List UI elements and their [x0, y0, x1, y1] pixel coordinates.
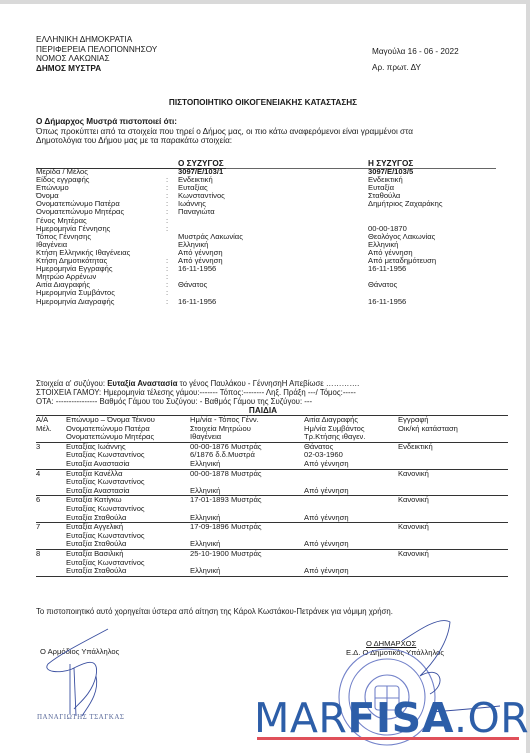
- mayor-label: Ο ΔΗΜΑΡΧΟΣ: [366, 639, 416, 648]
- table-cell: Από γέννηση: [304, 540, 349, 549]
- table-cell: Από γέννηση: [304, 487, 349, 496]
- wife-value: Θάνατος: [368, 281, 397, 289]
- first-spouse-suffix: το γένος Παυλάκου - ΓέννησηΗ Απεβίωσε ………: [178, 379, 360, 388]
- watermark-logo: MARFISA.ORG: [254, 696, 530, 740]
- husband-value: Θάνατος: [178, 281, 207, 289]
- table-cell: Οικ/κή κατάσταση: [398, 425, 458, 434]
- table-cell: 00-00-1878 Μυστράς: [190, 470, 262, 479]
- table-cell: Μέλ.: [36, 425, 52, 434]
- first-spouse-prefix: Στοιχεία α' συζύγου:: [36, 379, 107, 388]
- first-spouse-line: Στοιχεία α' συζύγου: Ευταξία Αναστασία τ…: [36, 379, 359, 388]
- divider: [226, 168, 496, 169]
- husband-value: Παναγιώτα: [178, 208, 215, 216]
- wife-value: 16-11-1956: [368, 265, 406, 273]
- table-cell: 6: [36, 496, 40, 505]
- issuer-header: ΕΛΛΗΝΙΚΗ ΔΗΜΟΚΡΑΤΙΑ ΠΕΡΙΦΕΡΕΙΑ ΠΕΛΟΠΟΝΝΗ…: [36, 35, 157, 73]
- table-cell: Τρ.Κτήσης ιθαγεν.: [304, 433, 365, 442]
- issuer-line: ΕΛΛΗΝΙΚΗ ΔΗΜΟΚΡΑΤΙΑ: [36, 35, 157, 45]
- table-line: Ευταξία ΑναστασίαΕλληνικήΑπό γέννηση: [36, 460, 508, 469]
- table-cell: Ευταξία Αναστασία: [66, 487, 130, 496]
- first-spouse-info: Στοιχεία α' συζύγου: Ευταξία Αναστασία τ…: [36, 379, 359, 407]
- table-header: Α/ΑΕπώνυμο – Όνομα ΤέκνουΗμ/νία - Τόπος …: [36, 415, 508, 443]
- intro-text: Όπως προκύπτει από τα στοιχεία που τηρεί…: [36, 127, 413, 137]
- table-cell: Κανονική: [398, 496, 429, 505]
- wife-value: 16-11-1956: [368, 298, 406, 306]
- table-row: 4Ευταξία Κανέλλα00-00-1878 ΜυστράςΚανονι…: [36, 470, 508, 497]
- table-cell: Ελληνική: [190, 514, 220, 523]
- first-spouse-name: Ευταξία Αναστασία: [107, 379, 177, 388]
- document-page: ΕΛΛΗΝΙΚΗ ΔΗΜΟΚΡΑΤΙΑ ΠΕΡΙΦΕΡΕΙΑ ΠΕΛΟΠΟΝΝΗ…: [0, 4, 526, 753]
- table-cell: 3: [36, 443, 40, 452]
- municipality-name: ΔΗΜΟΣ ΜΥΣΤΡΑ: [36, 64, 157, 74]
- table-cell: Ιθαγένεια: [190, 433, 221, 442]
- table-cell: Από γέννηση: [304, 567, 349, 576]
- watermark-part: MAR: [254, 694, 347, 742]
- table-cell: Κανονική: [398, 470, 429, 479]
- table-cell: Ονοματεπώνυμο Μητέρας: [66, 433, 154, 442]
- table-cell: Ελληνική: [190, 567, 220, 576]
- wife-value: Δημήτριος Ζαχαράκης: [368, 200, 442, 208]
- watermark-part: FISA: [347, 694, 454, 742]
- table-line: Ευταξία ΣταθούλαΕλληνικήΑπό γέννηση: [36, 567, 508, 576]
- field-colon: :: [166, 298, 168, 306]
- table-line: Ευταξία ΣταθούλαΕλληνικήΑπό γέννηση: [36, 540, 508, 549]
- table-cell: Ενδεικτική: [398, 443, 433, 452]
- marriage-details: ΣΤΟΙΧΕΙΑ ΓΑΜΟΥ: Ημερομηνία τέλεσης γάμου…: [36, 388, 359, 397]
- table-cell: Κανονική: [398, 550, 429, 559]
- table-line: Ευταξία ΣταθούλαΕλληνικήΑπό γέννηση: [36, 514, 508, 523]
- table-cell: 17-01-1893 Μυστράς: [190, 496, 262, 505]
- children-title: ΠΑΙΔΙΑ: [0, 406, 526, 415]
- table-cell: Κανονική: [398, 523, 429, 532]
- issuer-line: ΝΟΜΟΣ ΛΑΚΩΝΙΑΣ: [36, 54, 157, 64]
- table-cell: 17-09-1896 Μυστράς: [190, 523, 262, 532]
- children-table: Α/ΑΕπώνυμο – Όνομα ΤέκνουΗμ/νία - Τόπος …: [36, 415, 508, 577]
- table-cell: 4: [36, 470, 40, 479]
- table-cell: Από γέννηση: [304, 460, 349, 469]
- protocol-number: Αρ. πρωτ. ΔΥ: [372, 63, 459, 79]
- table-cell: Ελληνική: [190, 460, 220, 469]
- field-label: Ημερομηνία Διαγραφής: [36, 298, 114, 306]
- mayor-deputy-label: Ε.Δ. Ο Δημοτικός Υπάλληλος: [346, 648, 444, 657]
- table-cell: Ευταξία Σταθούλα: [66, 567, 126, 576]
- clerk-signature-icon: [47, 629, 108, 716]
- table-line: Ευταξία ΑναστασίαΕλληνικήΑπό γέννηση: [36, 487, 508, 496]
- issuer-line: ΠΕΡΙΦΕΡΕΙΑ ΠΕΛΟΠΟΝΝΗΣΟΥ: [36, 45, 157, 55]
- watermark-underline: [257, 737, 519, 740]
- table-cell: Ευταξία Σταθούλα: [66, 540, 126, 549]
- husband-value: 16-11-1956: [178, 265, 216, 273]
- watermark-part: .ORG: [454, 694, 530, 742]
- document-title: ΠΙΣΤΟΠΟΙΗΤΙΚΟ ΟΙΚΟΓΕΝΕΙΑΚΗΣ ΚΑΤΑΣΤΑΣΗΣ: [0, 98, 526, 107]
- intro-heading: Ο Δήμαρχος Μυστρά πιστοποιεί ότι:: [36, 117, 413, 127]
- intro-text: Δημοτολόγια του Δήμου μας με τα παρακάτω…: [36, 136, 413, 146]
- table-cell: Από γέννηση: [304, 514, 349, 523]
- table-row: 8Ευταξία Βασιλική25-10-1900 ΜυστράςΚανον…: [36, 550, 508, 577]
- table-cell: Ευταξία Σταθούλα: [66, 514, 126, 523]
- clerk-name-stamp: ΠΑΝΑΓΙΩΤΗΣ ΤΣΑΓΚΑΣ: [37, 713, 124, 721]
- footnote: Το πιστοποιητικό αυτό χορηγείται ύστερα …: [36, 607, 393, 616]
- table-cell: 8: [36, 550, 40, 559]
- table-line: Ονοματεπώνυμο ΜητέραςΙθαγένειαΤρ.Κτήσης …: [36, 433, 508, 442]
- husband-value: 16-11-1956: [178, 298, 216, 306]
- field-colon: :: [166, 225, 168, 233]
- table-cell: Ευταξία Αναστασία: [66, 460, 130, 469]
- table-row: 7Ευταξία Αγγελική17-09-1896 ΜυστράςΚανον…: [36, 523, 508, 550]
- table-row: 3Ευταξίας Ιωάννης00-00-1876 ΜυστράςΘάνατ…: [36, 443, 508, 470]
- date-protocol-block: Μαγούλα 16 - 06 - 2022 Αρ. πρωτ. ΔΥ: [372, 47, 459, 79]
- table-row: 6Ευταξία Κατίγκω17-01-1893 ΜυστράςΚανονι…: [36, 496, 508, 523]
- table-cell: Ελληνική: [190, 540, 220, 549]
- intro-block: Ο Δήμαρχος Μυστρά πιστοποιεί ότι: Όπως π…: [36, 117, 413, 146]
- table-cell: Ελληνική: [190, 487, 220, 496]
- table-cell: 7: [36, 523, 40, 532]
- place-date: Μαγούλα 16 - 06 - 2022: [372, 47, 459, 63]
- clerk-label: Ο Αρμόδιος Υπάλληλος: [40, 647, 119, 656]
- table-cell: 25-10-1900 Μυστράς: [190, 550, 262, 559]
